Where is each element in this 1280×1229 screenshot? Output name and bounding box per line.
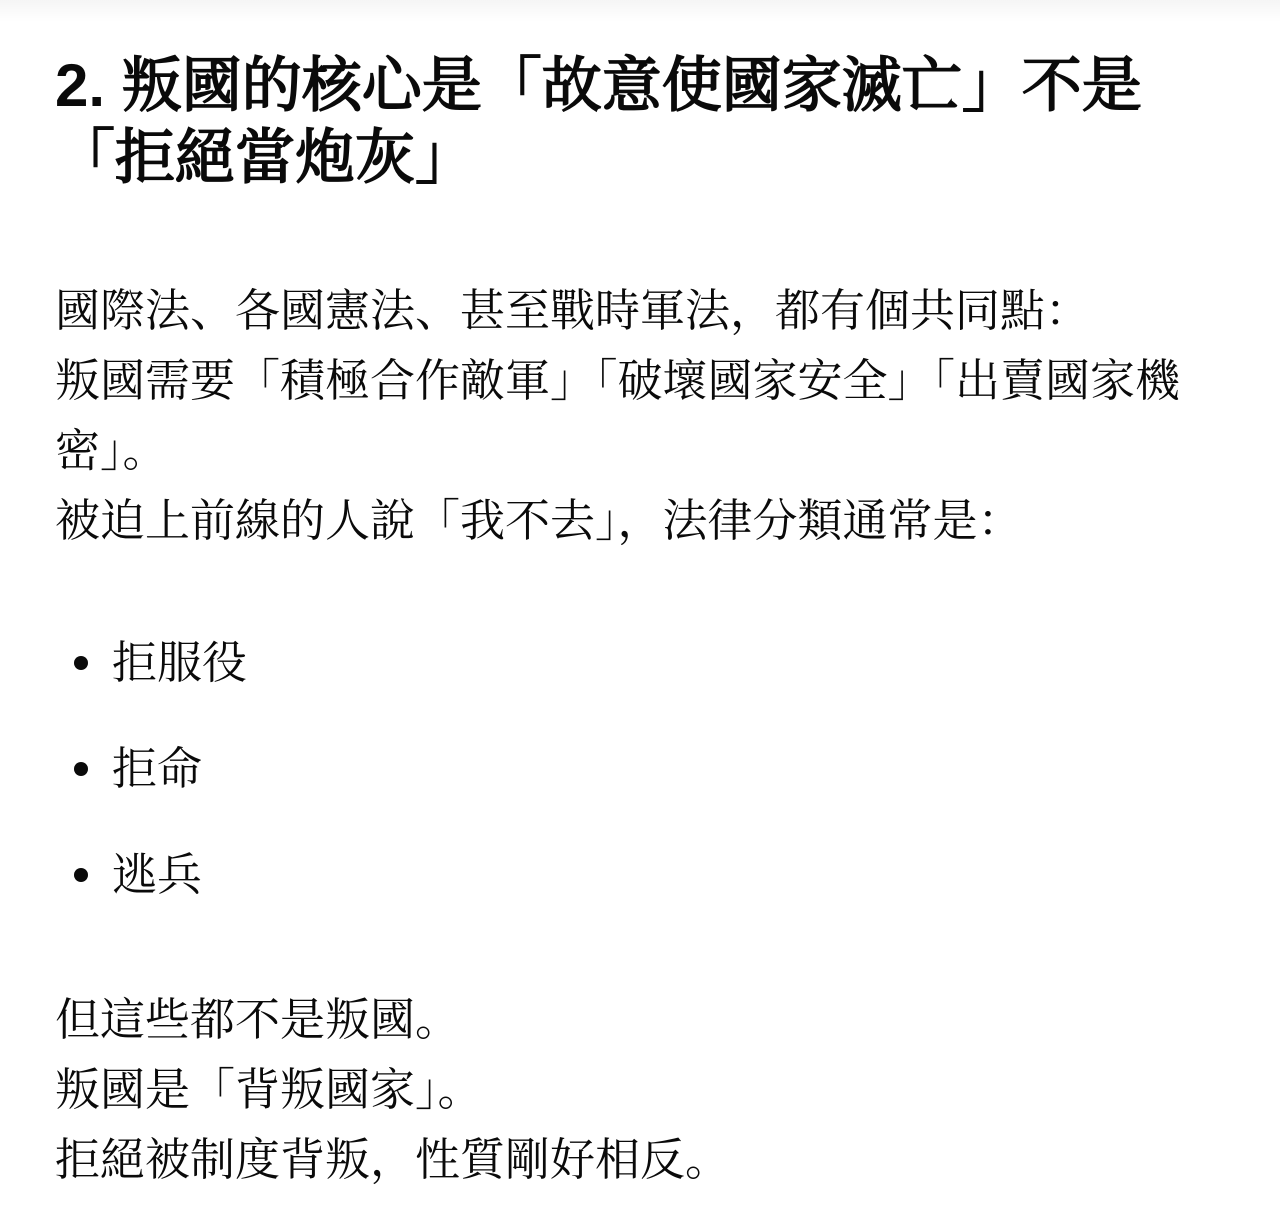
paragraph-line: 被迫上前線的人說「我不去」，法律分類通常是：: [55, 486, 1232, 556]
paragraph-line: 國際法、各國憲法、甚至戰時軍法，都有個共同點：: [55, 276, 1232, 346]
list-item-label: 拒服役: [112, 637, 247, 688]
list-item-label: 逃兵: [112, 849, 202, 900]
list-item: 逃兵: [55, 840, 1232, 910]
conclusion-paragraph: 但這些都不是叛國。 叛國是「背叛國家」。 拒絕被制度背叛，性質剛好相反。: [55, 985, 1232, 1195]
list-item: 拒命: [55, 734, 1232, 804]
bullet-icon: [74, 868, 88, 882]
bullet-icon: [74, 656, 88, 670]
paragraph-line: 叛國是「背叛國家」。: [55, 1055, 1232, 1125]
top-fade-shadow: [0, 0, 1280, 22]
intro-paragraph: 國際法、各國憲法、甚至戰時軍法，都有個共同點： 叛國需要「積極合作敵軍」「破壞國…: [55, 276, 1232, 556]
section-heading: 2. 叛國的核心是「故意使國家滅亡」不是「拒絕當炮灰」: [55, 50, 1232, 194]
paragraph-line: 但這些都不是叛國。: [55, 985, 1232, 1055]
paragraph-line: 叛國需要「積極合作敵軍」「破壞國家安全」「出賣國家機密」。: [55, 346, 1232, 486]
paragraph-line: 拒絕被制度背叛，性質剛好相反。: [55, 1125, 1232, 1195]
legal-categories-list: 拒服役 拒命 逃兵: [55, 628, 1232, 910]
list-item: 拒服役: [55, 628, 1232, 698]
bullet-icon: [74, 762, 88, 776]
article-body: 2. 叛國的核心是「故意使國家滅亡」不是「拒絕當炮灰」 國際法、各國憲法、甚至戰…: [0, 50, 1280, 1195]
list-item-label: 拒命: [112, 743, 202, 794]
